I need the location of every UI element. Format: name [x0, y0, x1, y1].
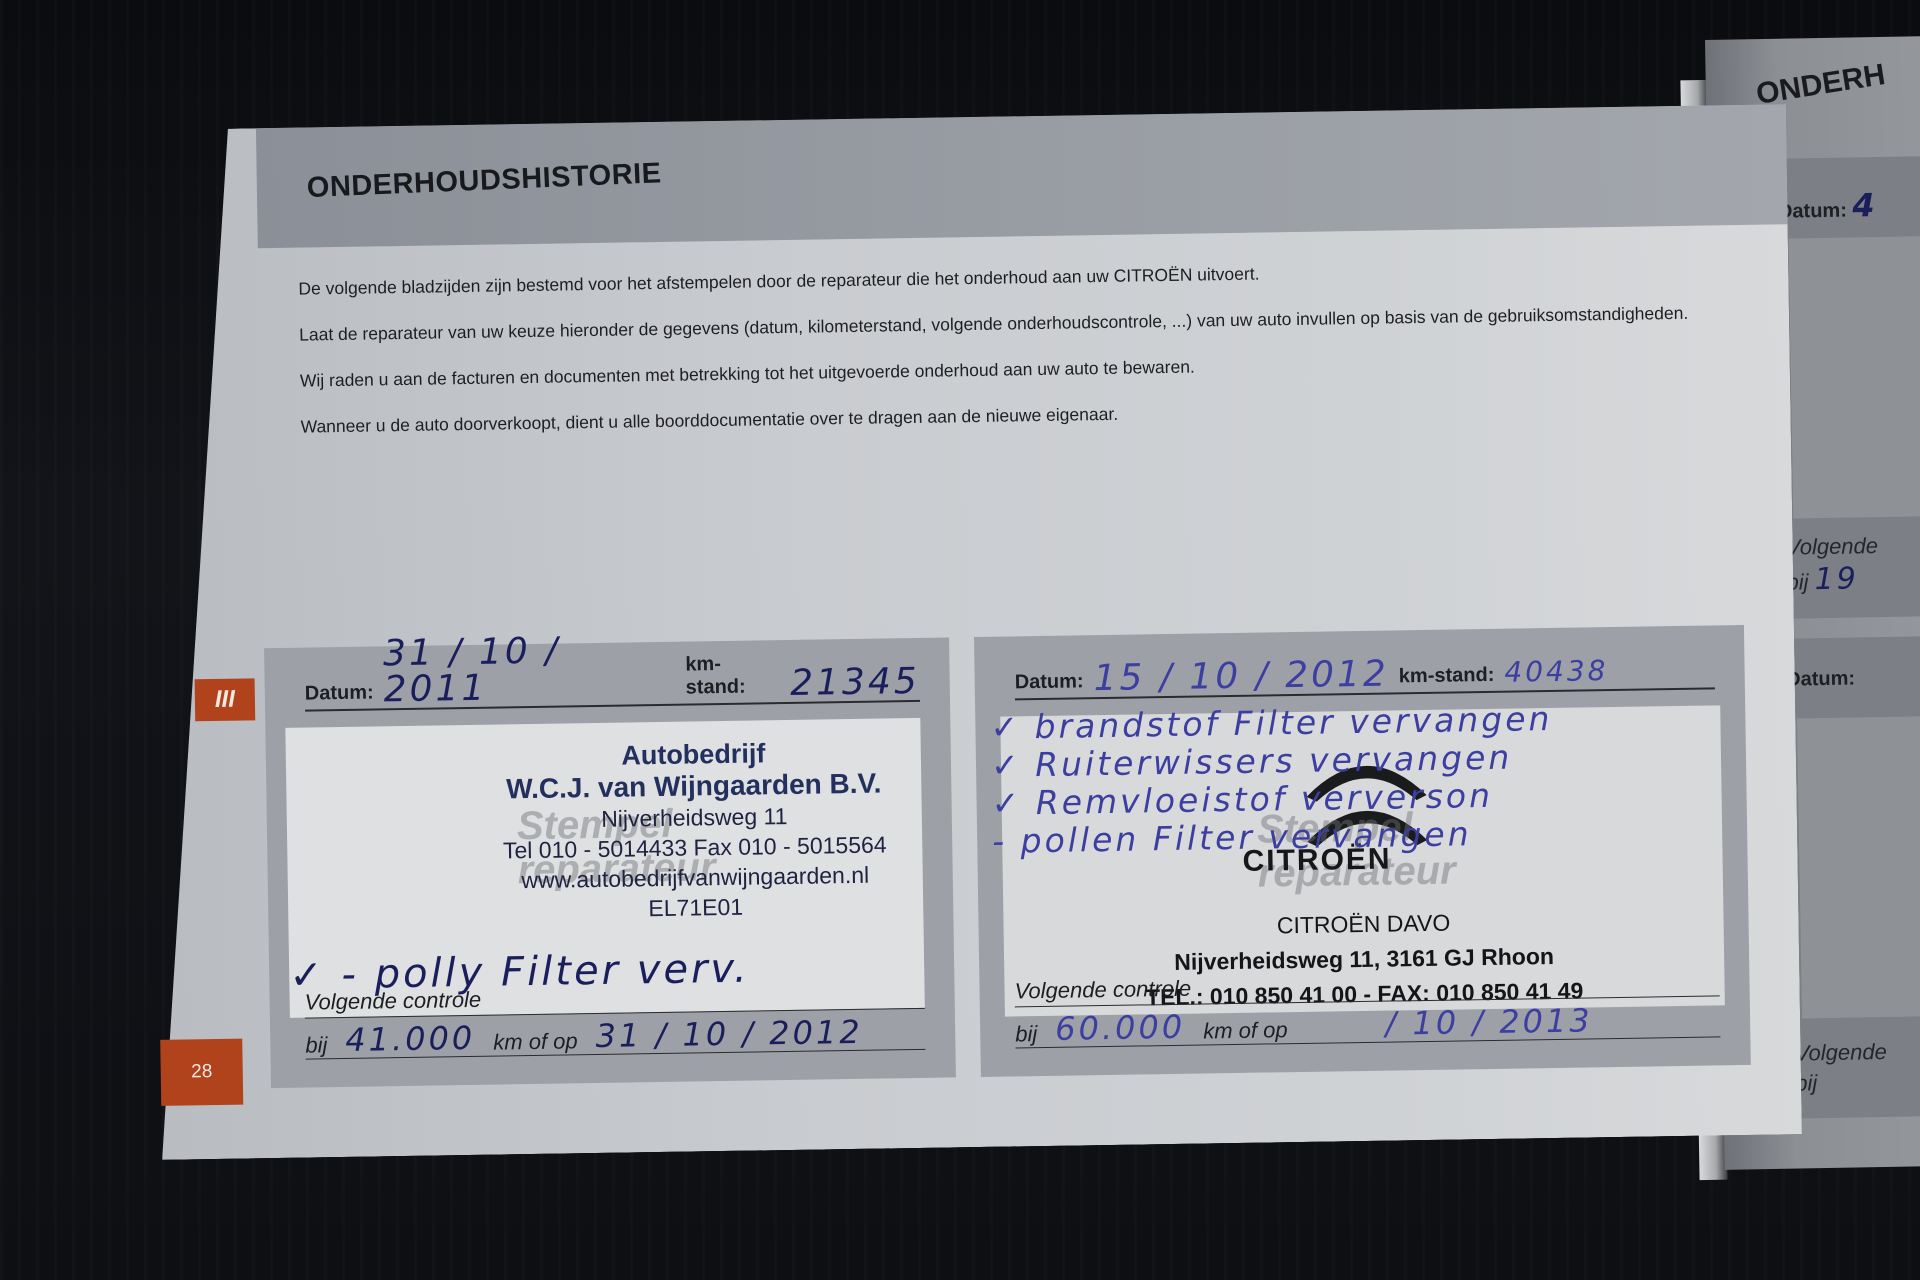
next-control: Volgende bij 19 [1786, 531, 1879, 599]
next-km-value: 60.000 [1055, 1009, 1186, 1047]
stamp-area: Stempel reparateur Autobedrijf W.C.J. va… [285, 718, 924, 1018]
next-km-value: 41.000 [345, 1020, 476, 1058]
km-stand-value: 40438 [1504, 653, 1609, 691]
entry-header: Datum: 31 / 10 / 2011 km-stand: 21345 [304, 660, 920, 712]
maintenance-entry: Datum: 31 / 10 / 2011 km-stand: 21345 St… [264, 637, 956, 1088]
km-stand-value: 21345 [790, 664, 920, 702]
page-number: 28 [160, 1039, 243, 1106]
intro-text: De volgende bladzijden zijn bestemd voor… [298, 255, 1731, 461]
next-control: Volgende bij [1794, 1037, 1887, 1099]
next-date-value: / 10 / 2013 [1385, 1002, 1593, 1041]
intro-paragraph: Wanneer u de auto doorverkoopt, dient u … [300, 393, 1730, 437]
intro-paragraph: Laat de reparateur van uw keuze hieronde… [299, 301, 1729, 345]
next-control: Volgende controle bij 41.000 km of op 31… [304, 980, 925, 1060]
maintenance-entry: Datum: 15 / 10 / 2012 km-stand: 40438 ✓ … [974, 625, 1751, 1077]
handwritten-notes: ✓ brandstof Filter vervangen ✓ Ruiterwis… [990, 700, 1554, 861]
intro-paragraph: Wij raden u aan de facturen en documente… [300, 347, 1730, 391]
km-stand-label: km-stand: [1399, 664, 1495, 692]
stamp-area [1797, 716, 1920, 1019]
section-tab: III [195, 678, 256, 721]
entry-header: Datum: 15 / 10 / 2012 km-stand: 40438 [1014, 647, 1715, 700]
datum-label: Datum: [1786, 667, 1855, 691]
datum-value: 15 / 10 / 2012 [1093, 657, 1389, 698]
next-date-value: 31 / 10 / 2012 [595, 1014, 863, 1054]
next-control: Volgende controle bij 60.000 km of op / … [1014, 967, 1720, 1048]
datum-value: 31 / 10 / 2011 [383, 632, 676, 709]
maintenance-page: ONDERHOUDSHISTORIE De volgende bladzijde… [145, 44, 1802, 1160]
km-stand-label: km-stand: [685, 652, 780, 703]
datum-label: Datum: [1015, 670, 1084, 698]
datum-label: Datum: [305, 681, 374, 709]
dealer-stamp: Autobedrijf W.C.J. van Wijngaarden B.V. … [466, 736, 924, 926]
stamp-area [1788, 236, 1920, 519]
datum-label: Datum: 4 [1778, 187, 1878, 225]
